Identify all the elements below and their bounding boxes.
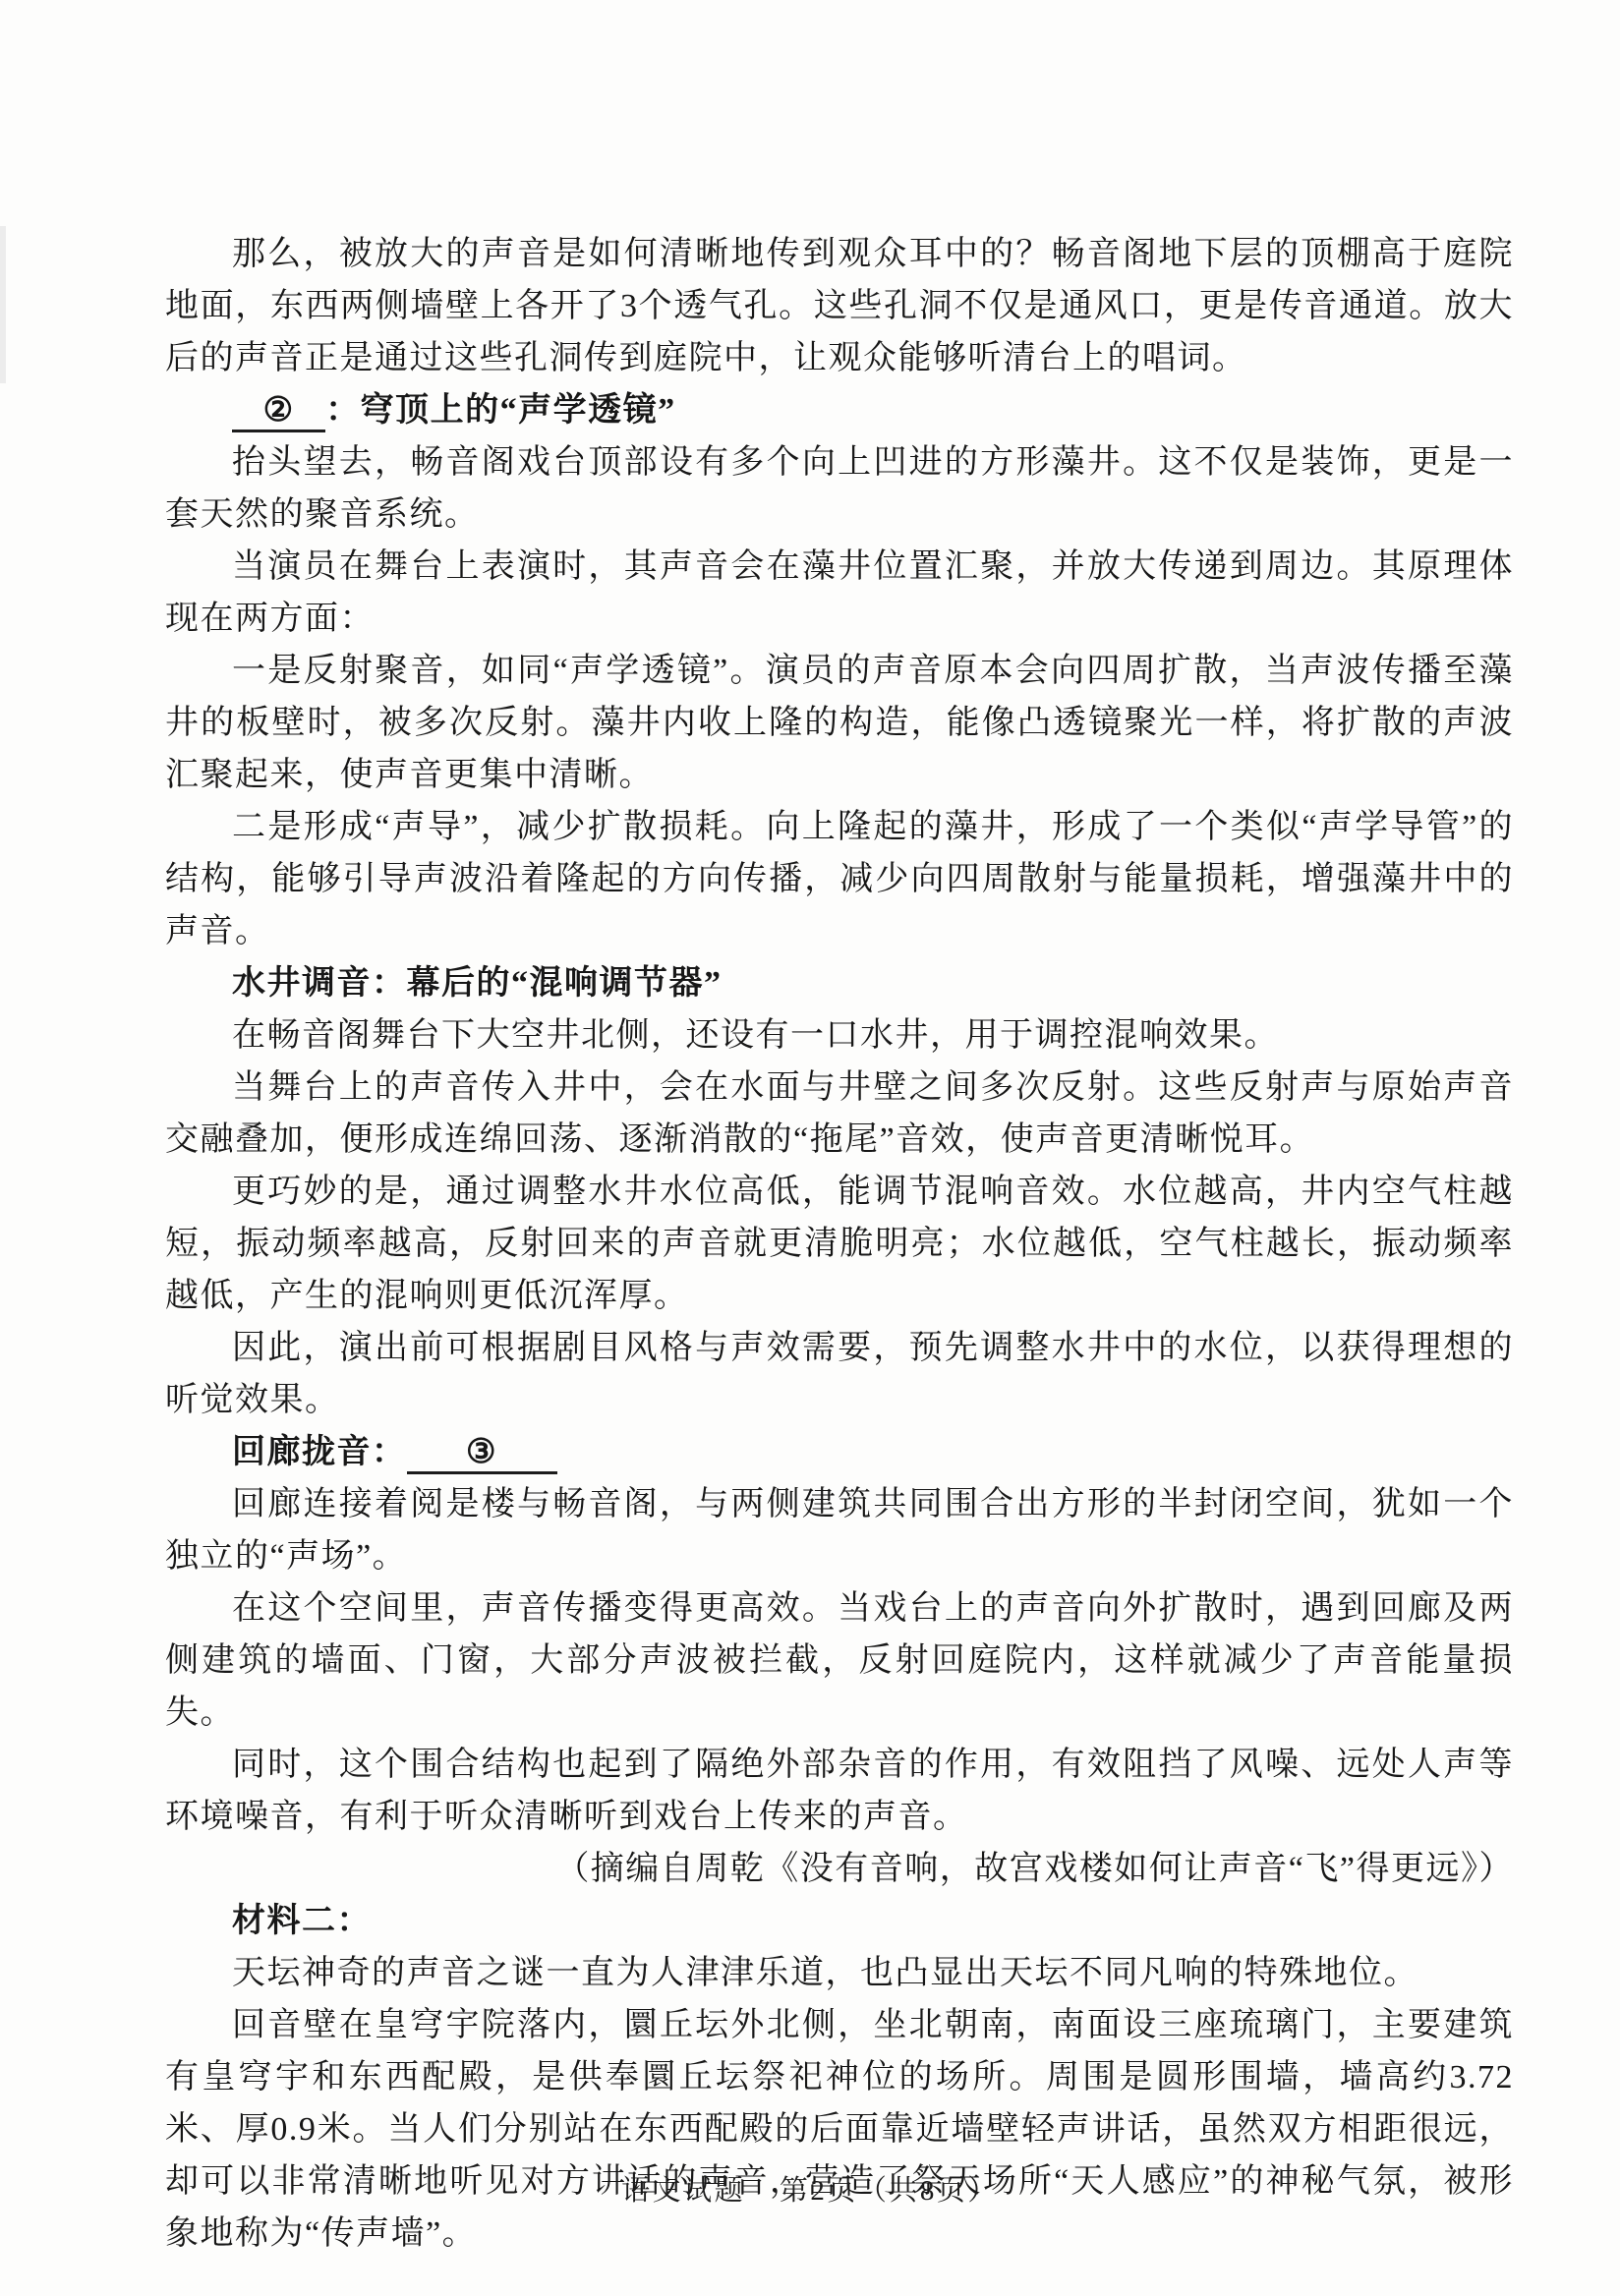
text-run: 在畅音阁舞台下大空井北侧，还设有一口水井，用于调控混响效果。 (232, 1017, 1279, 1054)
source-attribution: （摘编自周乾《没有音响，故宫戏楼如何让声音“飞”得更远》） (165, 1843, 1514, 1895)
text-run: 当舞台上的声音传入井中，会在水面与井壁之间多次反射。这些反射声与原始声音交融叠加… (165, 1069, 1514, 1158)
body-paragraph: 回廊连接着阅是楼与畅音阁，与两侧建筑共同围合出方形的半封闭空间，犹如一个独立的“… (165, 1478, 1514, 1582)
text-run: 那么，被放大的声音是如何清晰地传到观众耳中的？畅音阁地下层的顶棚高于庭院地面，东… (165, 236, 1514, 376)
footer-subject: 语文试题 (621, 2175, 745, 2207)
body-paragraph: 在这个空间里，声音传播变得更高效。当戏台上的声音向外扩散时，遇到回廊及两侧建筑的… (165, 1582, 1514, 1739)
body-paragraph: 在畅音阁舞台下大空井北侧，还设有一口水井，用于调控混响效果。 (165, 1009, 1514, 1062)
exam-page: { "document": { "blocks": [ { "type": "p… (0, 0, 1620, 2296)
body-paragraph: 当演员在舞台上表演时，其声音会在藻井位置汇聚，并放大传递到周边。其原理体现在两方… (165, 541, 1514, 645)
body-paragraph: 二是形成“声导”，减少扩散损耗。向上隆起的藻井，形成了一个类似“声学导管”的结构… (165, 801, 1514, 957)
text-run: 在这个空间里，声音传播变得更高效。当戏台上的声音向外扩散时，遇到回廊及两侧建筑的… (165, 1590, 1514, 1731)
text-run: 水井调音：幕后的“混响调节器” (232, 965, 723, 1002)
text-run: 因此，演出前可根据剧目风格与声效需要，预先调整水井中的水位，以获得理想的听觉效果… (165, 1330, 1514, 1418)
footer-page-number: 第2页（共8页） (780, 2175, 999, 2207)
text-run: 材料二： (232, 1903, 372, 1939)
text-run: 当演员在舞台上表演时，其声音会在藻井位置汇聚，并放大传递到周边。其原理体现在两方… (165, 548, 1514, 637)
section-heading: 回廊拢音：③ (165, 1426, 1514, 1478)
fill-in-blank: ③ (407, 1434, 557, 1474)
page-footer: 语文试题第2页（共8页） (0, 2168, 1620, 2209)
text-run: 更巧妙的是，通过调整水井水位高低，能调节混响音效。水位越高，井内空气柱越短，振动… (165, 1174, 1514, 1314)
text-run: 一是反射聚音，如同“声学透镜”。演员的声音原本会向四周扩散，当声波传播至藻井的板… (165, 653, 1514, 793)
body-paragraph: 那么，被放大的声音是如何清晰地传到观众耳中的？畅音阁地下层的顶棚高于庭院地面，东… (165, 228, 1514, 384)
section-heading: 材料二： (165, 1895, 1514, 1947)
body-paragraph: 天坛神奇的声音之谜一直为人津津乐道，也凸显出天坛不同凡响的特殊地位。 (165, 1947, 1514, 1999)
text-run: （摘编自周乾《没有音响，故宫戏楼如何让声音“飞”得更远》） (555, 1851, 1514, 1887)
text-column: 那么，被放大的声音是如何清晰地传到观众耳中的？畅音阁地下层的顶棚高于庭院地面，东… (165, 228, 1514, 2260)
section-heading: 水井调音：幕后的“混响调节器” (165, 957, 1514, 1009)
text-run: 天坛神奇的声音之谜一直为人津津乐道，也凸显出天坛不同凡响的特殊地位。 (232, 1955, 1418, 1991)
circled-number: ② (263, 392, 295, 429)
body-paragraph: 一是反射聚音，如同“声学透镜”。演员的声音原本会向四周扩散，当声波传播至藻井的板… (165, 645, 1514, 801)
body-paragraph: 回音壁在皇穹宇院落内，圜丘坛外北侧，坐北朝南，南面设三座琉璃门，主要建筑有皇穹宇… (165, 1999, 1514, 2260)
body-paragraph: 因此，演出前可根据剧目风格与声效需要，预先调整水井中的水位，以获得理想的听觉效果… (165, 1322, 1514, 1426)
text-run: 回廊拢音： (232, 1434, 407, 1470)
text-run: 同时，这个围合结构也起到了隔绝外部杂音的作用，有效阻挡了风噪、远处人声等环境噪音… (165, 1747, 1514, 1835)
body-paragraph: 抬头望去，畅音阁戏台顶部设有多个向上凹进的方形藻井。这不仅是装饰，更是一套天然的… (165, 436, 1514, 541)
section-heading: ②：穹顶上的“声学透镜” (165, 384, 1514, 436)
body-paragraph: 同时，这个围合结构也起到了隔绝外部杂音的作用，有效阻挡了风噪、远处人声等环境噪音… (165, 1739, 1514, 1843)
text-run: ：穹顶上的“声学透镜” (325, 392, 676, 429)
scan-artifact (0, 226, 6, 383)
circled-number: ③ (466, 1434, 497, 1470)
text-run: 回音壁在皇穹宇院落内，圜丘坛外北侧，坐北朝南，南面设三座琉璃门，主要建筑有皇穹宇… (165, 2007, 1514, 2252)
text-run: 二是形成“声导”，减少扩散损耗。向上隆起的藻井，形成了一个类似“声学导管”的结构… (165, 809, 1514, 949)
body-paragraph: 更巧妙的是，通过调整水井水位高低，能调节混响音效。水位越高，井内空气柱越短，振动… (165, 1166, 1514, 1322)
text-run: 抬头望去，畅音阁戏台顶部设有多个向上凹进的方形藻井。这不仅是装饰，更是一套天然的… (165, 444, 1514, 533)
text-run: 回廊连接着阅是楼与畅音阁，与两侧建筑共同围合出方形的半封闭空间，犹如一个独立的“… (165, 1486, 1514, 1575)
body-paragraph: 当舞台上的声音传入井中，会在水面与井壁之间多次反射。这些反射声与原始声音交融叠加… (165, 1062, 1514, 1166)
fill-in-blank: ② (232, 392, 325, 432)
